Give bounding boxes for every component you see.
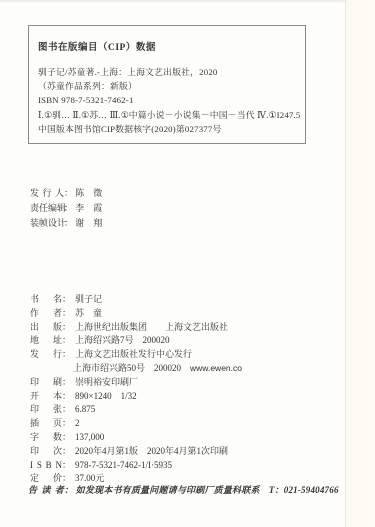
cip-isbn-line: ISBN 978-7-5321-7462-1 <box>38 93 297 107</box>
colon: ： <box>64 201 73 216</box>
colon: ： <box>62 293 71 307</box>
colon: ： <box>64 484 73 498</box>
format-row: 开本：890×1240 1/32 <box>30 390 242 404</box>
word-count-row: 字数：137,000 <box>30 431 242 445</box>
book-title-row: 书名：驯子记 <box>30 293 242 307</box>
distribution-row: 发行：上海文艺出版社发行中心发行 <box>30 348 242 362</box>
author-label: 作者 <box>30 307 62 321</box>
cip-lines: 驯子记/苏童著.-上海：上海文艺出版社，2020 （苏童作品系列：新版） ISB… <box>38 65 297 136</box>
page-edge-line <box>345 0 346 527</box>
designer-row: 装帧设计： 谢 翔 <box>30 216 102 231</box>
print-run-row: 印次：2020年4月第1版 2020年4月第1次印刷 <box>30 445 242 459</box>
sheets-value: 6.875 <box>75 404 95 414</box>
colophon-block: 书名：驯子记 作者：苏 童 出版：上海世纪出版集团 上海文艺出版社 地址：上海绍… <box>30 293 242 486</box>
designer-label: 装帧设计 <box>30 216 64 231</box>
address-label: 地址 <box>30 334 62 348</box>
address-row: 地址：上海绍兴路7号 200020 <box>30 334 242 348</box>
publisher-person-label: 发行人 <box>30 186 64 201</box>
editor-row: 责任编辑： 李 霞 <box>30 201 102 216</box>
inserts-row: 插页：2 <box>30 417 242 431</box>
designer-value: 谢 翔 <box>75 218 102 228</box>
distribution-value: 上海文艺出版社发行中心发行 <box>75 349 192 359</box>
colon: ： <box>64 186 73 201</box>
colon: ： <box>62 431 71 445</box>
colon: ： <box>62 390 71 404</box>
colon: ： <box>64 216 73 231</box>
publisher-person-value: 陈 徵 <box>75 188 102 198</box>
author-row: 作者：苏 童 <box>30 307 242 321</box>
editor-label: 责任编辑 <box>30 201 64 216</box>
book-title-value: 驯子记 <box>75 294 102 304</box>
distribution-address-text: 上海市绍兴路50号 200020 <box>73 363 190 373</box>
author-value: 苏 童 <box>75 308 102 318</box>
colon: ： <box>62 445 71 459</box>
publisher-person-row: 发行人： 陈 徵 <box>30 186 102 201</box>
colon: ： <box>62 334 71 348</box>
inserts-label: 插页 <box>30 417 62 431</box>
sheets-row: 印张：6.875 <box>30 403 242 417</box>
editor-value: 李 霞 <box>75 203 102 213</box>
reader-notice-label: 告读者 <box>28 484 64 498</box>
colon: ： <box>62 348 71 362</box>
cip-title: 图书在版编目（CIP）数据 <box>38 39 297 53</box>
format-label: 开本 <box>30 390 62 404</box>
page-edge-band <box>345 0 375 527</box>
word-count-value: 137,000 <box>75 432 104 442</box>
cip-series-line: （苏童作品系列：新版） <box>38 79 297 93</box>
distribution-label: 发行 <box>30 348 62 362</box>
colon: ： <box>62 459 71 473</box>
staff-block: 发行人： 陈 徵 责任编辑： 李 霞 装帧设计： 谢 翔 <box>30 186 102 231</box>
book-title-label: 书名 <box>30 293 62 307</box>
isbn-label: I S B N <box>30 459 62 473</box>
website-url: www.ewen.co <box>190 363 242 373</box>
cip-record-number-line: 中国版本图书馆CIP数据核字(2020)第027377号 <box>38 122 297 136</box>
cip-data-box: 图书在版编目（CIP）数据 驯子记/苏童著.-上海：上海文艺出版社，2020 （… <box>28 25 306 144</box>
price-value: 37.00元 <box>75 473 104 483</box>
printer-value: 崇明裕安印刷厂 <box>75 377 138 387</box>
cip-entry-line: 驯子记/苏童著.-上海：上海文艺出版社，2020 <box>38 65 297 79</box>
publisher-label: 出版 <box>30 321 62 335</box>
reader-notice: 告读者： 如发现本书有质量问题请与印刷厂质量科联系 T：021-59404766 <box>28 484 339 498</box>
colon: ： <box>62 417 71 431</box>
printer-row: 印刷：崇明裕安印刷厂 <box>30 376 242 390</box>
word-count-label: 字数 <box>30 431 62 445</box>
sheets-label: 印张 <box>30 403 62 417</box>
print-run-value: 2020年4月第1版 2020年4月第1次印刷 <box>75 446 228 456</box>
cip-classification-line: Ⅰ.①驯… Ⅱ.①苏… Ⅲ.①中篇小说－小说集－中国－当代 Ⅳ.①I247.5 <box>38 108 297 122</box>
isbn-row: I S B N：978-7-5321-7462-1/I·5935 <box>30 459 242 473</box>
scan-top-smudge <box>0 0 375 3</box>
printer-label: 印刷 <box>30 376 62 390</box>
isbn-value: 978-7-5321-7462-1/I·5935 <box>75 460 172 470</box>
print-run-label: 印次 <box>30 445 62 459</box>
format-value: 890×1240 1/32 <box>75 391 137 401</box>
inserts-value: 2 <box>75 418 80 428</box>
colon: ： <box>62 376 71 390</box>
publisher-row: 出版：上海世纪出版集团 上海文艺出版社 <box>30 321 242 335</box>
reader-notice-value: 如发现本书有质量问题请与印刷厂质量科联系 T：021-59404766 <box>76 485 339 495</box>
distribution-address-row: 上海市绍兴路50号 200020 www.ewen.co <box>30 362 242 376</box>
colon: ： <box>62 403 71 417</box>
colon: ： <box>62 307 71 321</box>
colon: ： <box>62 321 71 335</box>
address-value: 上海绍兴路7号 200020 <box>75 335 170 345</box>
distribution-address-value: 上海市绍兴路50号 200020 www.ewen.co <box>73 363 242 373</box>
publisher-value: 上海世纪出版集团 上海文艺出版社 <box>75 322 228 332</box>
